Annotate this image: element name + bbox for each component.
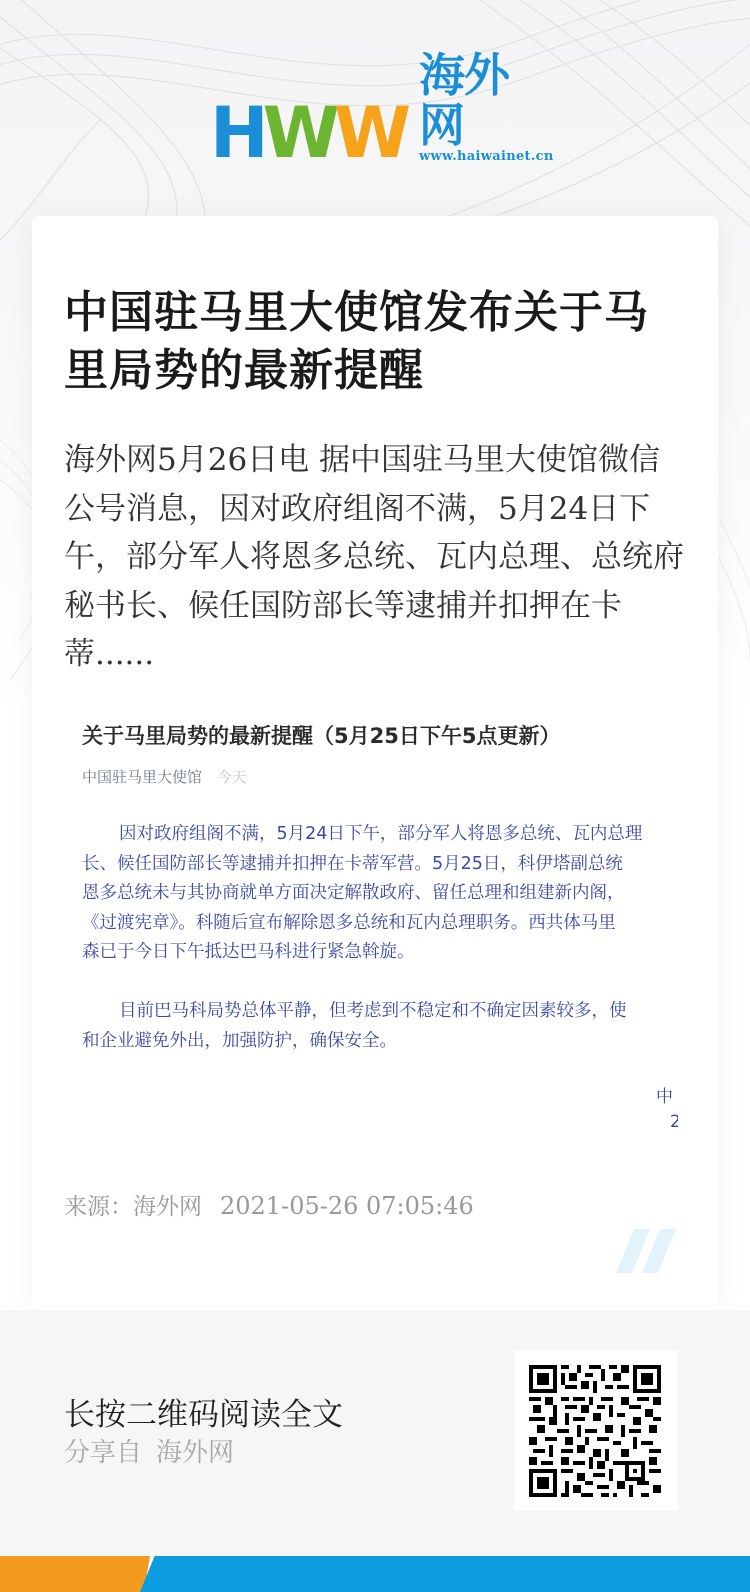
embedded-body: 因对政府组阁不满，5月24日下午，部分军人将恩多总统、瓦内总理 长、候任国防部长… [82,820,678,1086]
embedded-signature: 中 [656,1083,673,1112]
qr-code[interactable] [514,1350,678,1510]
embedded-line: 目前巴马科局势总体平静，但考虑到不稳定和不确定因素较多，使 [82,997,678,1027]
article-title: 中国驻马里大使馆发布关于马里局势的最新提醒 [64,284,684,400]
embedded-line: 因对政府组阁不满，5月24日下午，部分军人将恩多总统、瓦内总理 [82,820,678,850]
logo-letter-w1: W [263,102,334,164]
embedded-article-screenshot: 关于马里局势的最新提醒（5月25日下午5点更新） 中国驻马里大使馆 今天 因对政… [64,700,678,1150]
embedded-title: 关于马里局势的最新提醒（5月25日下午5点更新） [82,720,560,750]
logo-letter-h: H [210,102,263,164]
logo-hww-mark: H W W [210,102,405,164]
logo-chinese-name: 海外网 [419,50,554,150]
embedded-paragraph-2: 目前巴马科局势总体平静，但考虑到不稳定和不确定因素较多，使 和企业避免外出，加强… [82,997,678,1056]
logo-wordmark: 海外网 www.haiwainet.cn [419,50,554,164]
embedded-author: 中国驻马里大使馆 [82,768,202,786]
embedded-line: 《过渡宪章》。科随后宣布解除恩多总统和瓦内总理职务。西共体马里 [82,909,678,939]
article-summary: 海外网5月26日电 据中国驻马里大使馆微信公号消息，因对政府组阁不满，5月24日… [64,436,684,679]
embedded-date: 今天 [217,768,247,786]
publish-timestamp: 2021-05-26 07:05:46 [220,1192,474,1220]
logo-url: www.haiwainet.cn [419,150,554,164]
qr-code-icon [529,1365,661,1497]
embedded-line: 森已于今日下午抵达巴马科进行紧急斡旋。 [82,938,678,968]
logo-letter-w2: W [334,102,405,164]
article-source-line: 来源：海外网2021-05-26 07:05:46 [64,1188,474,1221]
embedded-paragraph-1: 因对政府组阁不满，5月24日下午，部分军人将恩多总统、瓦内总理 长、候任国防部长… [82,820,678,968]
qr-read-prompt: 长按二维码阅读全文 [64,1389,343,1434]
decorative-slash-icon [616,1229,676,1273]
embedded-line: 恩多总统未与其协商就单方面决定解散政府、留任总理和组建新内阁， [82,879,678,909]
share-attribution: 分享自海外网 [64,1432,234,1469]
embedded-line: 长、候任国防部长等逮捕并扣押在卡蒂军营。5月25日，科伊塔副总统 [82,850,678,880]
source-label: 来源： [64,1194,133,1220]
brand-bar-blue [140,1556,750,1592]
embedded-line: 和企业避免外出，加强防护，确保安全。 [82,1027,678,1057]
share-site-name: 海外网 [156,1438,234,1468]
brand-bar-orange [0,1556,150,1592]
embedded-signature-date: 2 [670,1112,678,1132]
site-logo[interactable]: H W W 海外网 www.haiwainet.cn [210,98,540,164]
source-name: 海外网 [133,1194,202,1220]
share-prefix: 分享自 [64,1438,142,1468]
embedded-meta: 中国驻马里大使馆 今天 [82,766,247,787]
